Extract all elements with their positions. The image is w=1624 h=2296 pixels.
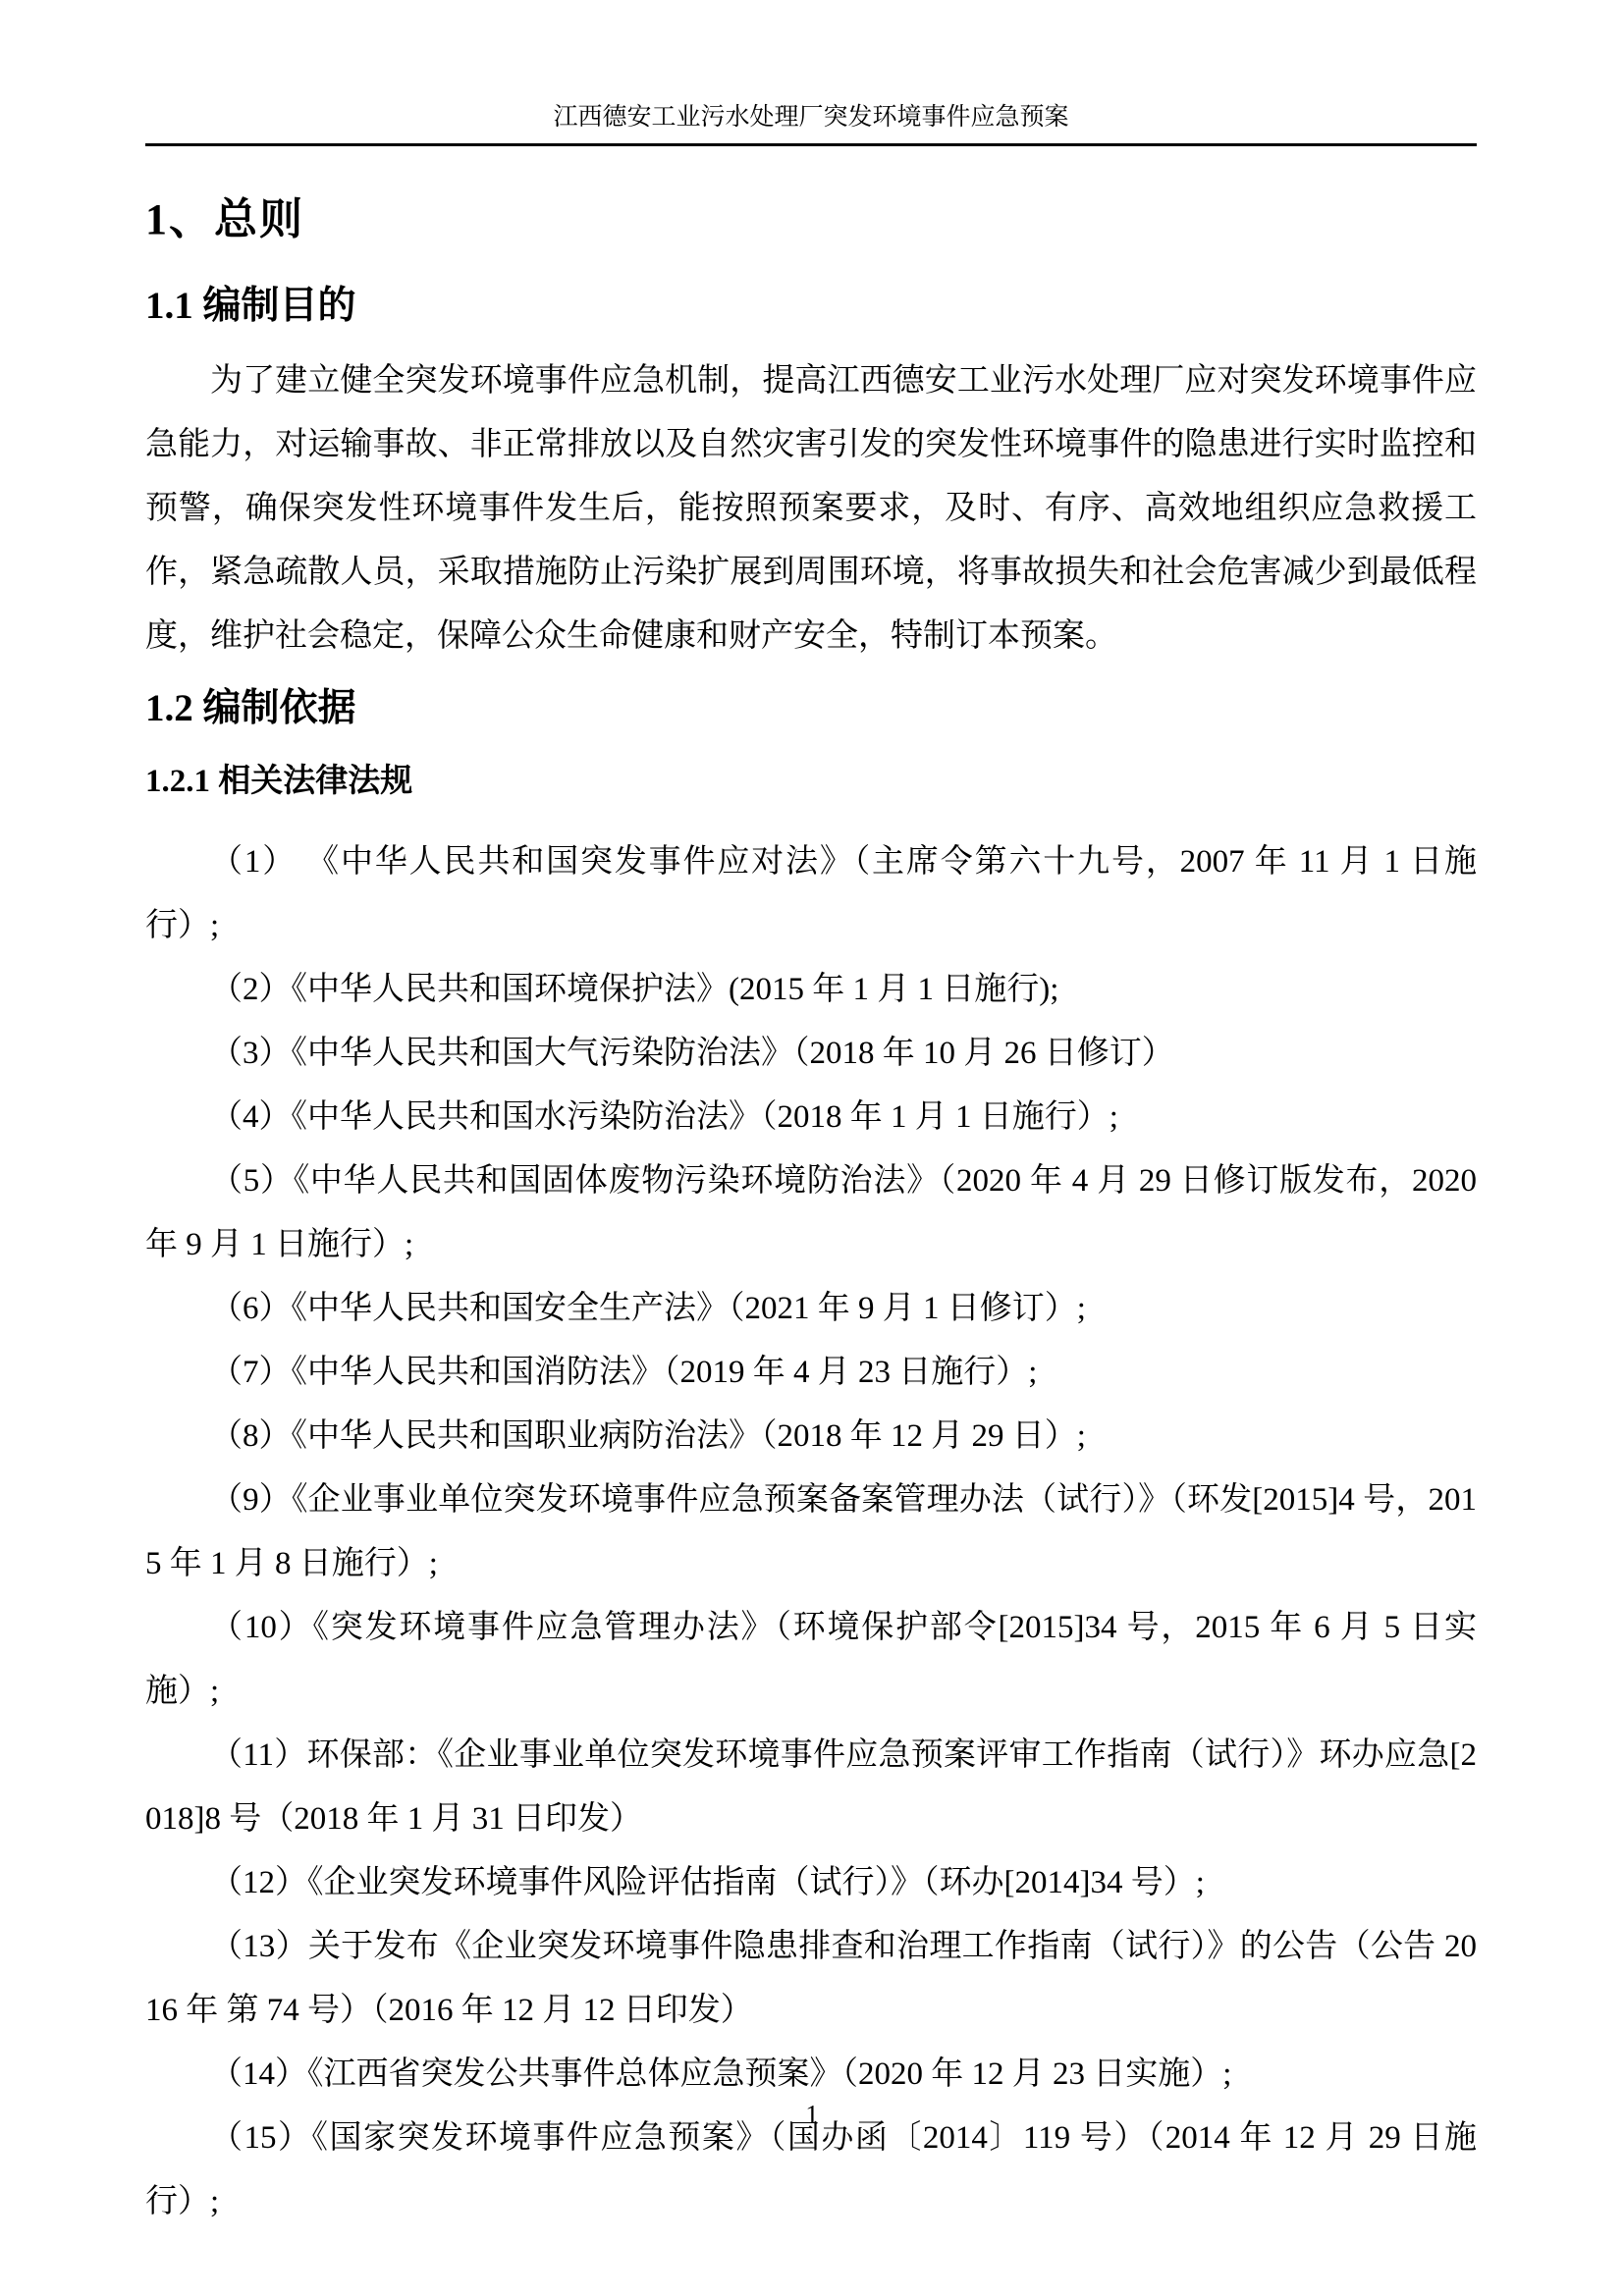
page-footer: 1 [0, 2099, 1624, 2130]
purpose-paragraph: 为了建立健全突发环境事件应急机制，提高江西德安工业污水处理厂应对突发环境事件应急… [145, 349, 1477, 668]
law-item-4: （4）《中华人民共和国水污染防治法》（2018 年 1 月 1 日施行）; [145, 1086, 1477, 1149]
heading-related-laws: 1.2.1 相关法律法规 [145, 761, 1477, 803]
law-item-13: （13）关于发布《企业突发环境事件隐患排查和治理工作指南（试行）》的公告（公告 … [145, 1915, 1477, 2043]
law-item-8: （8）《中华人民共和国职业病防治法》（2018 年 12 月 29 日）; [145, 1405, 1477, 1468]
law-item-5: （5）《中华人民共和国固体废物污染环境防治法》（2020 年 4 月 29 日修… [145, 1149, 1477, 1277]
heading-general-provisions: 1、总则 [145, 192, 1477, 246]
law-item-3: （3）《中华人民共和国大气污染防治法》（2018 年 10 月 26 日修订） [145, 1022, 1477, 1086]
law-item-7: （7）《中华人民共和国消防法》（2019 年 4 月 23 日施行）; [145, 1341, 1477, 1405]
law-item-12: （12）《企业突发环境事件风险评估指南（试行）》（环办[2014]34 号）; [145, 1851, 1477, 1915]
document-body: 1、总则 1.1 编制目的 为了建立健全突发环境事件应急机制，提高江西德安工业污… [145, 0, 1477, 2234]
law-item-10: （10）《突发环境事件应急管理办法》（环境保护部令[2015]34 号，2015… [145, 1596, 1477, 1724]
law-item-14: （14）《江西省突发公共事件总体应急预案》（2020 年 12 月 23 日实施… [145, 2043, 1477, 2107]
document-page: 江西德安工业污水处理厂突发环境事件应急预案 1、总则 1.1 编制目的 为了建立… [0, 0, 1624, 2296]
law-item-9: （9）《企业事业单位突发环境事件应急预案备案管理办法（试行）》（环发[2015]… [145, 1468, 1477, 1596]
law-item-2: （2）《中华人民共和国环境保护法》(2015 年 1 月 1 日施行); [145, 958, 1477, 1022]
law-item-11: （11）环保部：《企业事业单位突发环境事件应急预案评审工作指南（试行）》环办应急… [145, 1724, 1477, 1851]
law-item-1: （1） 《中华人民共和国突发事件应对法》（主席令第六十九号，2007 年 11 … [145, 830, 1477, 958]
law-item-6: （6）《中华人民共和国安全生产法》（2021 年 9 月 1 日修订）; [145, 1277, 1477, 1341]
page-number: 1 [805, 2100, 819, 2129]
heading-compilation-purpose: 1.1 编制目的 [145, 282, 1477, 332]
heading-compilation-basis: 1.2 编制依据 [145, 684, 1477, 734]
